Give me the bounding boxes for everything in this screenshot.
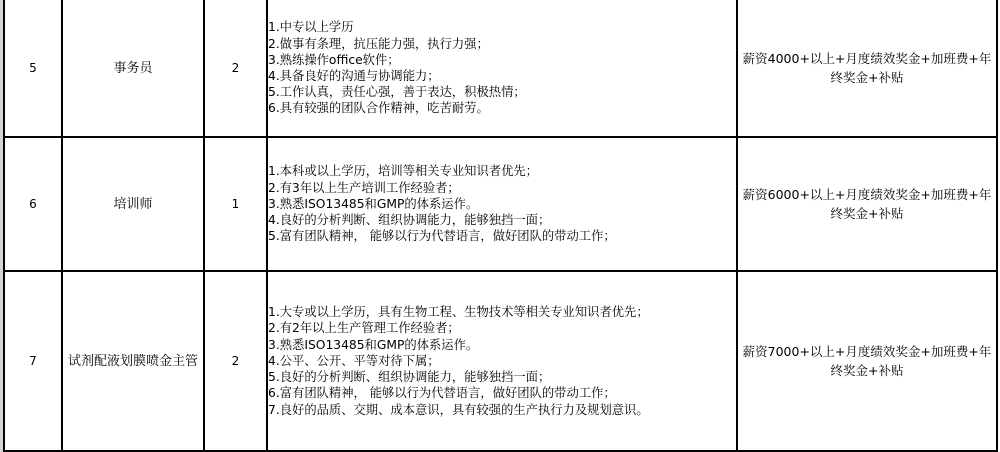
cell-position[interactable]: 事务员: [62, 0, 204, 137]
cell-salary[interactable]: 薪资6000+以上+月度绩效奖金+加班费+年终奖金+补贴: [737, 137, 997, 271]
requirement-line: 4.具备良好的沟通与协调能力；: [268, 68, 736, 84]
salary-text: 薪资4000+以上+月度绩效奖金+加班费+年终奖金+补贴: [741, 49, 993, 87]
table-row: 5 事务员 2 1.中专以上学历 2.做事有条理，抗压能力强，执行力强； 3.熟…: [4, 0, 997, 137]
requirement-line: 5.良好的分析判断、组织协调能力，能够独挡一面；: [268, 369, 736, 385]
requirement-line: 3.熟练操作office软件；: [268, 52, 736, 68]
requirement-line: 2.做事有条理，抗压能力强，执行力强；: [268, 36, 736, 52]
salary-text: 薪资7000+以上+月度绩效奖金+加班费+年终奖金+补贴: [741, 342, 993, 380]
cell-salary[interactable]: 薪资7000+以上+月度绩效奖金+加班费+年终奖金+补贴: [737, 271, 997, 451]
requirement-line: 4.公平、公开、平等对待下属；: [268, 353, 736, 369]
requirement-line: 1.大专或以上学历，具有生物工程、生物技术等相关专业知识者优先；: [268, 304, 736, 320]
salary-text: 薪资6000+以上+月度绩效奖金+加班费+年终奖金+补贴: [741, 185, 993, 223]
cell-number[interactable]: 7: [4, 271, 62, 451]
cell-headcount[interactable]: 2: [204, 271, 267, 451]
requirement-line: 2.有2年以上生产管理工作经验者；: [268, 320, 736, 336]
requirement-line: 7.良好的品质、交期、成本意识，具有较强的生产执行力及规划意识。: [268, 402, 736, 418]
job-openings-table: 5 事务员 2 1.中专以上学历 2.做事有条理，抗压能力强，执行力强； 3.熟…: [3, 0, 998, 452]
position-text: 培训师: [68, 196, 198, 213]
cell-requirements[interactable]: 1.大专或以上学历，具有生物工程、生物技术等相关专业知识者优先； 2.有2年以上…: [267, 271, 737, 451]
requirement-line: 2.有3年以上生产培训工作经验者；: [268, 180, 736, 196]
cell-requirements[interactable]: 1.中专以上学历 2.做事有条理，抗压能力强，执行力强； 3.熟练操作offic…: [267, 0, 737, 137]
position-text: 试剂配液划膜喷金主管: [68, 353, 198, 370]
requirement-line: 6.具有较强的团队合作精神，吃苦耐劳。: [268, 100, 736, 116]
cell-headcount[interactable]: 1: [204, 137, 267, 271]
requirement-line: 3.熟悉ISO13485和GMP的体系运作。: [268, 196, 736, 212]
requirement-line: 6.富有团队精神， 能够以行为代替语言，做好团队的带动工作；: [268, 385, 736, 401]
cell-position[interactable]: 培训师: [62, 137, 204, 271]
table-row: 6 培训师 1 1.本科或以上学历，培训等相关专业知识者优先； 2.有3年以上生…: [4, 137, 997, 271]
requirement-line: 3.熟悉ISO13485和GMP的体系运作。: [268, 337, 736, 353]
cell-headcount[interactable]: 2: [204, 0, 267, 137]
cell-position[interactable]: 试剂配液划膜喷金主管: [62, 271, 204, 451]
requirement-line: 4.良好的分析判断、组织协调能力，能够独挡一面；: [268, 212, 736, 228]
requirement-line: 5.富有团队精神， 能够以行为代替语言，做好团队的带动工作；: [268, 228, 736, 244]
position-text: 事务员: [68, 60, 198, 77]
cell-requirements[interactable]: 1.本科或以上学历，培训等相关专业知识者优先； 2.有3年以上生产培训工作经验者…: [267, 137, 737, 271]
requirement-line: 1.中专以上学历: [268, 19, 736, 35]
table-row: 7 试剂配液划膜喷金主管 2 1.大专或以上学历，具有生物工程、生物技术等相关专…: [4, 271, 997, 451]
cell-number[interactable]: 5: [4, 0, 62, 137]
requirement-line: 1.本科或以上学历，培训等相关专业知识者优先；: [268, 163, 736, 179]
cell-salary[interactable]: 薪资4000+以上+月度绩效奖金+加班费+年终奖金+补贴: [737, 0, 997, 137]
cell-number[interactable]: 6: [4, 137, 62, 271]
requirement-line: 5.工作认真，责任心强，善于表达，积极热情；: [268, 84, 736, 100]
